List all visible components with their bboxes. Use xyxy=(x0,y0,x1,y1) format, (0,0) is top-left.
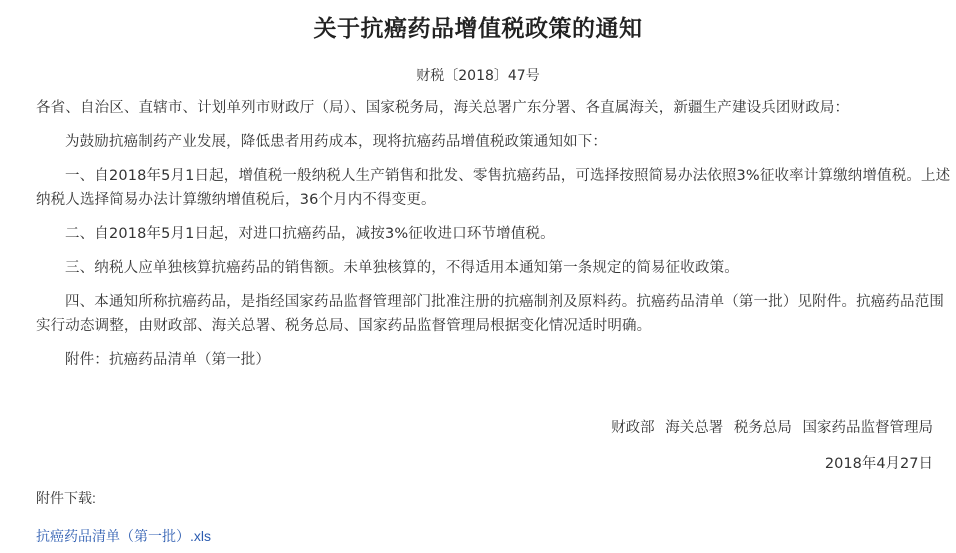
signatories: 财政部 海关总署 税务总局 国家药品监督管理局 xyxy=(605,416,933,437)
intro-paragraph: 为鼓励抗癌制药产业发展，降低患者用药成本，现将抗癌药品增值税政策通知如下： xyxy=(36,130,952,154)
signatory: 海关总署 xyxy=(665,420,723,436)
notice-document: 关于抗癌药品增值税政策的通知 财税〔2018〕47号 各省、自治区、直辖市、计划… xyxy=(0,0,956,553)
addressee-paragraph: 各省、自治区、直辖市、计划单列市财政厅（局）、国家税务局，海关总署广东分署、各直… xyxy=(36,96,952,120)
issue-date: 2018年4月27日 xyxy=(825,452,933,473)
signatory: 税务总局 xyxy=(734,420,792,436)
attachment-note: 附件：抗癌药品清单（第一批） xyxy=(36,348,952,372)
signatory: 国家药品监督管理局 xyxy=(803,420,934,436)
document-title: 关于抗癌药品增值税政策的通知 xyxy=(0,10,956,43)
downloads-label: 附件下载: xyxy=(36,488,96,508)
clause-three: 三、纳税人应单独核算抗癌药品的销售额。未单独核算的，不得适用本通知第一条规定的简… xyxy=(36,256,952,280)
clause-four: 四、本通知所称抗癌药品，是指经国家药品监督管理部门批准注册的抗癌制剂及原料药。抗… xyxy=(36,290,952,338)
signatory: 财政部 xyxy=(611,420,655,436)
clause-one: 一、自2018年5月1日起，增值税一般纳税人生产销售和批发、零售抗癌药品，可选择… xyxy=(36,164,952,212)
download-link-cancer-drug-list[interactable]: 抗癌药品清单（第一批）.xls xyxy=(36,526,211,546)
document-number: 财税〔2018〕47号 xyxy=(0,65,956,85)
clause-two: 二、自2018年5月1日起，对进口抗癌药品，减按3%征收进口环节增值税。 xyxy=(36,222,952,246)
